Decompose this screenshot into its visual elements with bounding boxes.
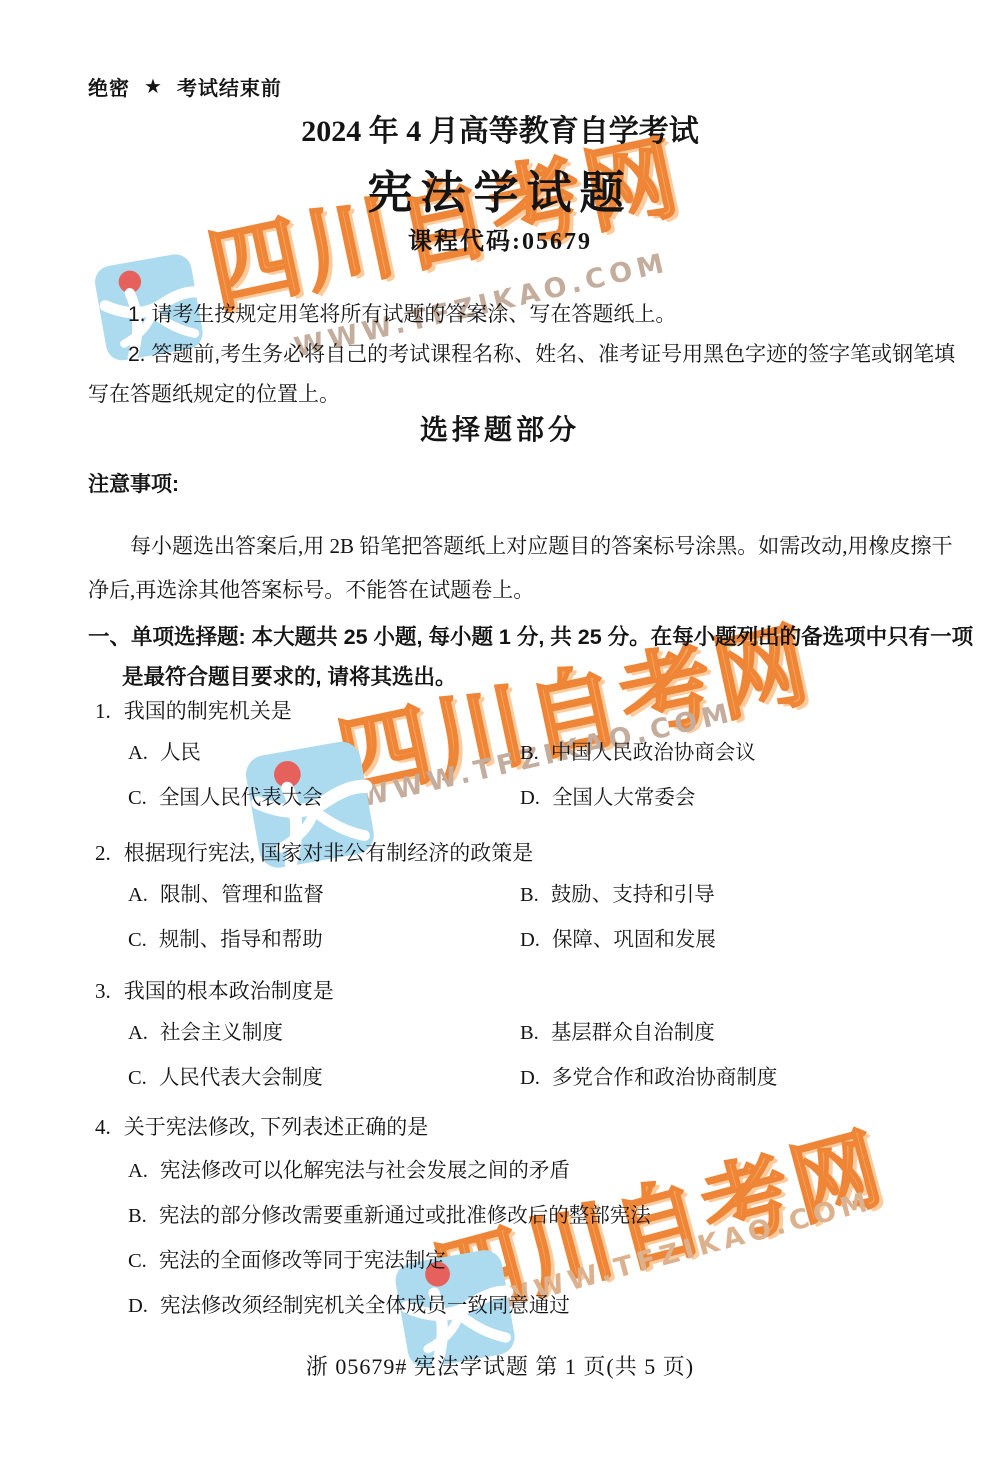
option-key: D. bbox=[520, 1067, 540, 1089]
question-stem: 3.我国的根本政治制度是 bbox=[95, 978, 960, 1004]
course-code: 课程代码:05679 bbox=[0, 221, 1000, 256]
option-d: D.全国人大常委会 bbox=[520, 786, 960, 811]
part-title: 选择题部分 bbox=[0, 408, 1000, 448]
question-text: 我国的根本政治制度是 bbox=[124, 979, 334, 1003]
option-a: A.限制、管理和监督 bbox=[128, 883, 520, 908]
option-key: C. bbox=[128, 1250, 147, 1272]
option-text: 宪法的全面修改等同于宪法制定 bbox=[159, 1250, 446, 1272]
option-text: 多党合作和政治协商制度 bbox=[552, 1067, 778, 1089]
option-d: D.保障、巩固和发展 bbox=[520, 928, 960, 953]
option-key: A. bbox=[128, 884, 148, 906]
option-key: D. bbox=[520, 929, 540, 951]
option-key: C. bbox=[128, 929, 147, 951]
question-text: 我国的制宪机关是 bbox=[124, 699, 292, 723]
security-note: 考试结束前 bbox=[177, 72, 282, 101]
question-1: 1.我国的制宪机关是 A.人民 B.中国人民政治协商会议 C.全国人民代表大会 … bbox=[95, 698, 960, 811]
exam-paper-page: 四川自考网 WWW.TFZIKAO.COM 四川自考网 WWW.TFZIKAO.… bbox=[0, 0, 1000, 1475]
option-text: 基层群众自治制度 bbox=[551, 1022, 715, 1044]
notice-body: 每小题选出答案后,用 2B 铅笔把答题纸上对应题目的答案标号涂黑。如需改动,用橡… bbox=[88, 524, 960, 612]
section-heading: 一、单项选择题: 本大题共 25 小题, 每小题 1 分, 共 25 分。在每小… bbox=[88, 617, 982, 697]
options: A.限制、管理和监督 B.鼓励、支持和引导 C.规制、指导和帮助 D.保障、巩固… bbox=[128, 883, 960, 953]
question-stem: 1.我国的制宪机关是 bbox=[95, 698, 960, 724]
option-b: B.中国人民政治协商会议 bbox=[520, 741, 960, 766]
option-d: D.宪法修改须经制宪机关全体成员一致同意通过 bbox=[128, 1294, 960, 1319]
security-label: 绝密 bbox=[88, 72, 130, 101]
question-number: 1. bbox=[95, 699, 111, 723]
options: A.宪法修改可以化解宪法与社会发展之间的矛盾 B.宪法的部分修改需要重新通过或批… bbox=[128, 1159, 960, 1319]
option-c: C.人民代表大会制度 bbox=[128, 1066, 520, 1091]
option-text: 限制、管理和监督 bbox=[160, 884, 324, 906]
exam-subject-title: 宪法学试题 bbox=[0, 156, 1000, 221]
option-c: C.全国人民代表大会 bbox=[128, 786, 520, 811]
option-text: 宪法的部分修改需要重新通过或批准修改后的整部宪法 bbox=[159, 1205, 651, 1227]
star-icon: ★ bbox=[144, 74, 163, 99]
option-b: B.鼓励、支持和引导 bbox=[520, 883, 960, 908]
question-number: 4. bbox=[95, 1115, 111, 1139]
question-4: 4.关于宪法修改, 下列表述正确的是 A.宪法修改可以化解宪法与社会发展之间的矛… bbox=[95, 1114, 960, 1339]
option-key: A. bbox=[128, 742, 148, 764]
instruction-2: 2. 答题前,考生务必将自己的考试课程名称、姓名、准考证号用黑色字迹的签字笔或钢… bbox=[88, 335, 960, 415]
options: A.社会主义制度 B.基层群众自治制度 C.人民代表大会制度 D.多党合作和政治… bbox=[128, 1021, 960, 1091]
notice-label: 注意事项: bbox=[88, 468, 179, 498]
option-a: A.宪法修改可以化解宪法与社会发展之间的矛盾 bbox=[128, 1159, 960, 1184]
question-stem: 2.根据现行宪法, 国家对非公有制经济的政策是 bbox=[95, 840, 960, 866]
option-b: B.基层群众自治制度 bbox=[520, 1021, 960, 1046]
question-text: 关于宪法修改, 下列表述正确的是 bbox=[124, 1115, 429, 1139]
option-text: 保障、巩固和发展 bbox=[552, 929, 716, 951]
exam-content: 绝密 ★ 考试结束前 2024 年 4 月高等教育自学考试 宪法学试题 课程代码… bbox=[0, 0, 1000, 1475]
question-2: 2.根据现行宪法, 国家对非公有制经济的政策是 A.限制、管理和监督 B.鼓励、… bbox=[95, 840, 960, 953]
option-text: 宪法修改须经制宪机关全体成员一致同意通过 bbox=[160, 1295, 570, 1317]
option-key: D. bbox=[128, 1295, 148, 1317]
question-stem: 4.关于宪法修改, 下列表述正确的是 bbox=[95, 1114, 960, 1140]
option-key: A. bbox=[128, 1160, 148, 1182]
option-b: B.宪法的部分修改需要重新通过或批准修改后的整部宪法 bbox=[128, 1204, 960, 1229]
option-text: 人民代表大会制度 bbox=[159, 1067, 323, 1089]
question-text: 根据现行宪法, 国家对非公有制经济的政策是 bbox=[124, 841, 534, 865]
option-key: A. bbox=[128, 1022, 148, 1044]
option-key: C. bbox=[128, 1067, 147, 1089]
option-c: C.规制、指导和帮助 bbox=[128, 928, 520, 953]
option-a: A.社会主义制度 bbox=[128, 1021, 520, 1046]
option-c: C.宪法的全面修改等同于宪法制定 bbox=[128, 1249, 960, 1274]
option-key: B. bbox=[520, 742, 539, 764]
question-number: 2. bbox=[95, 841, 111, 865]
page-footer: 浙 05679# 宪法学试题 第 1 页(共 5 页) bbox=[0, 1350, 1000, 1381]
option-key: B. bbox=[520, 1022, 539, 1044]
option-a: A.人民 bbox=[128, 741, 520, 766]
option-text: 社会主义制度 bbox=[160, 1022, 283, 1044]
exam-session-title: 2024 年 4 月高等教育自学考试 bbox=[0, 106, 1000, 150]
option-text: 人民 bbox=[160, 742, 201, 764]
option-key: C. bbox=[128, 787, 147, 809]
question-3: 3.我国的根本政治制度是 A.社会主义制度 B.基层群众自治制度 C.人民代表大… bbox=[95, 978, 960, 1091]
option-text: 中国人民政治协商会议 bbox=[551, 742, 756, 764]
options: A.人民 B.中国人民政治协商会议 C.全国人民代表大会 D.全国人大常委会 bbox=[128, 741, 960, 811]
option-d: D.多党合作和政治协商制度 bbox=[520, 1066, 960, 1091]
option-text: 全国人大常委会 bbox=[552, 787, 696, 809]
option-key: B. bbox=[128, 1205, 147, 1227]
option-key: D. bbox=[520, 787, 540, 809]
option-text: 鼓励、支持和引导 bbox=[551, 884, 715, 906]
security-classification: 绝密 ★ 考试结束前 bbox=[88, 72, 282, 101]
option-text: 规制、指导和帮助 bbox=[159, 929, 323, 951]
option-text: 全国人民代表大会 bbox=[159, 787, 323, 809]
option-text: 宪法修改可以化解宪法与社会发展之间的矛盾 bbox=[160, 1160, 570, 1182]
instruction-1: 1. 请考生按规定用笔将所有试题的答案涂、写在答题纸上。 bbox=[88, 295, 960, 335]
question-number: 3. bbox=[95, 979, 111, 1003]
option-key: B. bbox=[520, 884, 539, 906]
